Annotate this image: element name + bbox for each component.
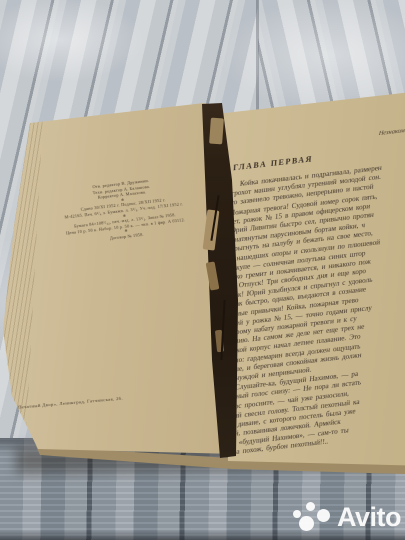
torn-paper-shred (209, 118, 224, 145)
avito-dot-icon (317, 509, 330, 522)
avito-logo-text: Avito (337, 504, 401, 531)
photo-listing-image: Отв. редактор В. Дружинин.Техн. редактор… (0, 0, 405, 540)
avito-dot-icon (299, 516, 314, 531)
avito-dot-icon (293, 510, 301, 518)
avito-watermark: Avito (293, 502, 401, 532)
avito-dot-icon (306, 502, 315, 511)
paragraph: Койка покачивалась и подрагивала, размер… (224, 151, 405, 301)
avito-logo-icon (293, 502, 330, 532)
body-text: Койка покачивалась и подрагивала, размер… (212, 151, 405, 460)
